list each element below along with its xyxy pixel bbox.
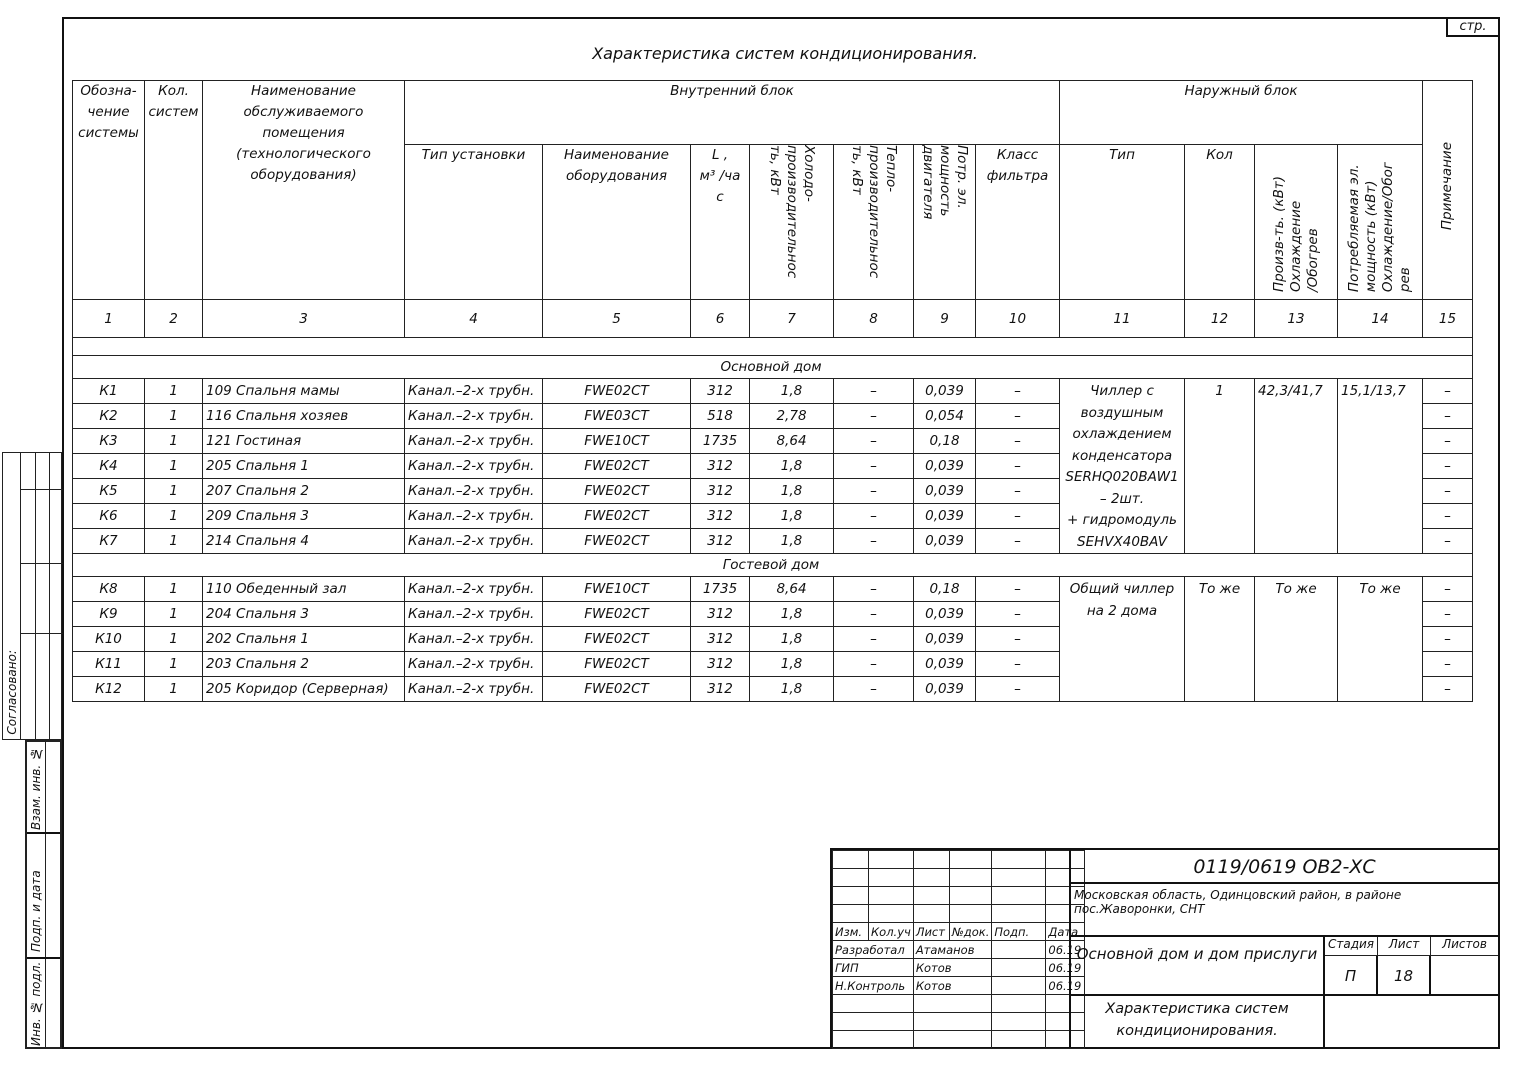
room-name: 116 Спальня хозяев (203, 404, 405, 429)
revision-cell (833, 887, 869, 905)
airflow: 518 (691, 404, 750, 429)
power: 0,039 (914, 504, 976, 529)
power: 0,039 (914, 652, 976, 677)
revision-cell (833, 869, 869, 887)
system-id: К8 (73, 577, 145, 602)
note: – (1423, 627, 1473, 652)
room-name: 209 Спальня 3 (203, 504, 405, 529)
document-stamp: Взам. инв. № Подп. и дата Инв. № подл. (25, 740, 62, 1049)
system-id: К11 (73, 652, 145, 677)
header-airflow: L , м³ /ча с (691, 145, 750, 300)
revision-cell (913, 887, 949, 905)
column-number: 6 (691, 300, 750, 338)
heating-capacity: – (834, 677, 914, 702)
ac-systems-table: Обозна- чение системы Кол. систем Наимен… (72, 80, 1473, 702)
equipment-model: FWE02CT (543, 379, 691, 404)
power: 0,039 (914, 379, 976, 404)
note: – (1423, 602, 1473, 627)
page-title: Характеристика систем кондиционирования. (440, 44, 1130, 63)
revision-cell (913, 1013, 992, 1031)
signer-role: ГИП (833, 959, 914, 977)
sheet-number: 18 (1378, 956, 1431, 996)
note: – (1423, 652, 1473, 677)
note: – (1423, 479, 1473, 504)
power: 0,18 (914, 429, 976, 454)
revision-cell (869, 887, 914, 905)
airflow: 312 (691, 627, 750, 652)
revision-cell (949, 887, 992, 905)
note: – (1423, 577, 1473, 602)
revision-cell (869, 851, 914, 869)
heating-capacity: – (834, 652, 914, 677)
system-id: К12 (73, 677, 145, 702)
sheets-count (1431, 956, 1498, 996)
equipment-model: FWE02CT (543, 454, 691, 479)
airflow: 312 (691, 379, 750, 404)
column-number: 7 (750, 300, 834, 338)
signature (992, 977, 1046, 995)
system-id: К3 (73, 429, 145, 454)
revision-col-header: Изм. (833, 923, 869, 941)
cooling-capacity: 2,78 (750, 404, 834, 429)
header-type: Тип (1060, 145, 1185, 300)
note: – (1423, 529, 1473, 554)
signer-row: РазработалАтаманов06.19 (833, 941, 1085, 959)
revision-cell (913, 995, 992, 1013)
outdoor-consumption: То же (1338, 577, 1423, 702)
equipment-model: FWE02CT (543, 602, 691, 627)
airflow: 312 (691, 677, 750, 702)
room-name: 205 Коридор (Серверная) (203, 677, 405, 702)
section-header-row: Гостевой дом (73, 554, 1473, 577)
signer-row: Н.КонтрольКотов06.19 (833, 977, 1085, 995)
filter-class: – (976, 529, 1060, 554)
equipment-model: FWE02CT (543, 652, 691, 677)
cooling-capacity: 8,64 (750, 577, 834, 602)
cooling-capacity: 1,8 (750, 652, 834, 677)
system-qty: 1 (145, 504, 203, 529)
install-type: Канал.–2-х трубн. (405, 429, 543, 454)
header-note: Примечание (1423, 81, 1473, 300)
revision-cell (992, 1013, 1046, 1031)
agreed-label: Согласовано: (5, 650, 19, 735)
install-type: Канал.–2-х трубн. (405, 479, 543, 504)
system-qty: 1 (145, 529, 203, 554)
signer-role: Разработал (833, 941, 914, 959)
heating-capacity: – (834, 577, 914, 602)
revision-cell (869, 869, 914, 887)
note: – (1423, 429, 1473, 454)
install-type: Канал.–2-х трубн. (405, 577, 543, 602)
system-id: К7 (73, 529, 145, 554)
revision-cell (913, 851, 949, 869)
sheets-label: Листов (1431, 937, 1498, 956)
airflow: 1735 (691, 577, 750, 602)
column-number: 10 (976, 300, 1060, 338)
install-type: Канал.–2-х трубн. (405, 379, 543, 404)
airflow: 312 (691, 504, 750, 529)
system-id: К1 (73, 379, 145, 404)
header-qty-systems: Кол. систем (145, 81, 203, 300)
outdoor-type: Чиллер с воздушным охлаждением конденсат… (1060, 379, 1185, 554)
signer-name: Котов (913, 977, 992, 995)
stage-label: Стадия (1325, 937, 1378, 956)
revision-cell (913, 1031, 992, 1049)
power: 0,039 (914, 627, 976, 652)
heating-capacity: – (834, 404, 914, 429)
header-indoor-group: Внутренний блок (405, 81, 1060, 145)
filter-class: – (976, 404, 1060, 429)
room-name: 204 Спальня 3 (203, 602, 405, 627)
cooling-capacity: 1,8 (750, 529, 834, 554)
doc-code: 0119/0619 ОВ2-ХС (1071, 850, 1498, 884)
agreed-stamp: Согласовано: (2, 452, 62, 740)
header-filter: Класс фильтра (976, 145, 1060, 300)
outdoor-qty: То же (1185, 577, 1255, 702)
outdoor-consumption: 15,1/13,7 (1338, 379, 1423, 554)
sheet-label: Лист (1378, 937, 1431, 956)
system-id: К10 (73, 627, 145, 652)
install-type: Канал.–2-х трубн. (405, 529, 543, 554)
stage-value: П (1325, 956, 1378, 996)
replace-inv-label: Взам. инв. № (29, 746, 43, 830)
equipment-model: FWE02CT (543, 627, 691, 652)
revision-cell (833, 995, 914, 1013)
column-number: 13 (1255, 300, 1338, 338)
room-name: 202 Спальня 1 (203, 627, 405, 652)
column-number: 5 (543, 300, 691, 338)
revision-cell (992, 851, 1046, 869)
outdoor-qty: 1 (1185, 379, 1255, 554)
column-number: 4 (405, 300, 543, 338)
heating-capacity: – (834, 627, 914, 652)
cooling-capacity: 1,8 (750, 602, 834, 627)
equipment-model: FWE10CT (543, 577, 691, 602)
header-install-type: Тип установки (405, 145, 543, 300)
revision-col-header: №док. (949, 923, 992, 941)
install-type: Канал.–2-х трубн. (405, 627, 543, 652)
revision-col-header: Лист (913, 923, 949, 941)
power: 0,054 (914, 404, 976, 429)
filter-class: – (976, 379, 1060, 404)
revision-grid: Изм.Кол.учЛист№док.Подп.ДатаРазработалАт… (832, 850, 1085, 1049)
column-number: 2 (145, 300, 203, 338)
system-qty: 1 (145, 404, 203, 429)
heating-capacity: – (834, 602, 914, 627)
room-name: 214 Спальня 4 (203, 529, 405, 554)
revision-cell (913, 905, 949, 923)
cooling-capacity: 1,8 (750, 379, 834, 404)
section-title: Основной дом (73, 356, 1473, 379)
header-qty: Кол (1185, 145, 1255, 300)
airflow: 312 (691, 529, 750, 554)
column-numbers-row: 123456789101112131415 (73, 300, 1473, 338)
header-room: Наименование обслуживаемого помещения (т… (203, 81, 405, 300)
header-cooling: Холодо- производительнос ть, кВт (750, 145, 834, 300)
heating-capacity: – (834, 429, 914, 454)
install-type: Канал.–2-х трубн. (405, 677, 543, 702)
header-consumption: Потребляемая эл. мощность (кВт) Охлажден… (1338, 145, 1423, 300)
install-type: Канал.–2-х трубн. (405, 652, 543, 677)
outdoor-capacity: 42,3/41,7 (1255, 379, 1338, 554)
room-name: 121 Гостиная (203, 429, 405, 454)
section-header-row: Основной дом (73, 356, 1473, 379)
system-qty: 1 (145, 652, 203, 677)
filter-class: – (976, 652, 1060, 677)
header-outdoor-group: Наружный блок (1060, 81, 1423, 145)
revision-cell (992, 887, 1046, 905)
airflow: 312 (691, 652, 750, 677)
note: – (1423, 379, 1473, 404)
signer-row: ГИПКотов06.19 (833, 959, 1085, 977)
system-id: К5 (73, 479, 145, 504)
airflow: 312 (691, 479, 750, 504)
page-label: стр. (1446, 17, 1500, 37)
system-qty: 1 (145, 454, 203, 479)
table-row: К81110 Обеденный залКанал.–2-х трубн.FWE… (73, 577, 1473, 602)
filter-class: – (976, 602, 1060, 627)
cooling-capacity: 1,8 (750, 454, 834, 479)
power: 0,039 (914, 602, 976, 627)
section-title: Гостевой дом (73, 554, 1473, 577)
system-id: К4 (73, 454, 145, 479)
filter-class: – (976, 429, 1060, 454)
power: 0,039 (914, 529, 976, 554)
header-power: Потр. эл. мощность двигателя (914, 145, 976, 300)
power: 0,18 (914, 577, 976, 602)
airflow: 1735 (691, 429, 750, 454)
signer-name: Атаманов (913, 941, 992, 959)
filter-class: – (976, 577, 1060, 602)
filter-class: – (976, 627, 1060, 652)
room-name: 110 Обеденный зал (203, 577, 405, 602)
equipment-model: FWE02CT (543, 529, 691, 554)
filter-class: – (976, 479, 1060, 504)
equipment-model: FWE02CT (543, 504, 691, 529)
cooling-capacity: 1,8 (750, 504, 834, 529)
sheet-title: Характеристика систем кондиционирования. (1071, 996, 1325, 1047)
column-number: 11 (1060, 300, 1185, 338)
system-id: К9 (73, 602, 145, 627)
signer-role: Н.Контроль (833, 977, 914, 995)
cooling-capacity: 8,64 (750, 429, 834, 454)
header-capacity: Произв-ть. (кВт) Охлаждение /Обогрев (1255, 145, 1338, 300)
header-designation: Обозна- чение системы (73, 81, 145, 300)
heating-capacity: – (834, 379, 914, 404)
system-qty: 1 (145, 379, 203, 404)
power: 0,039 (914, 479, 976, 504)
power: 0,039 (914, 677, 976, 702)
spacer-row (73, 338, 1473, 356)
object-name: Основной дом и дом прислуги (1071, 937, 1325, 996)
room-name: 203 Спальня 2 (203, 652, 405, 677)
equipment-model: FWE10CT (543, 429, 691, 454)
cooling-capacity: 1,8 (750, 479, 834, 504)
inv-orig-label: Инв. № подл. (29, 962, 43, 1046)
cooling-capacity: 1,8 (750, 677, 834, 702)
cooling-capacity: 1,8 (750, 627, 834, 652)
title-block: Изм.Кол.учЛист№док.Подп.ДатаРазработалАт… (830, 848, 1500, 1049)
revision-col-header: Подп. (992, 923, 1046, 941)
header-equipment: Наименование оборудования (543, 145, 691, 300)
revision-cell (992, 1031, 1046, 1049)
column-number: 3 (203, 300, 405, 338)
heating-capacity: – (834, 529, 914, 554)
system-id: К6 (73, 504, 145, 529)
revision-cell (833, 1031, 914, 1049)
revision-cell (949, 869, 992, 887)
revision-cell (992, 995, 1046, 1013)
revision-cell (833, 905, 869, 923)
revision-col-header: Кол.уч (869, 923, 914, 941)
sign-date-label: Подп. и дата (29, 842, 43, 952)
heating-capacity: – (834, 454, 914, 479)
column-number: 8 (834, 300, 914, 338)
signer-name: Котов (913, 959, 992, 977)
revision-cell (833, 851, 869, 869)
revision-cell (949, 851, 992, 869)
revision-cell (992, 869, 1046, 887)
signature (992, 959, 1046, 977)
header-heating: Тепло- производительнос ть, кВт (834, 145, 914, 300)
filter-class: – (976, 454, 1060, 479)
note: – (1423, 504, 1473, 529)
filter-class: – (976, 677, 1060, 702)
install-type: Канал.–2-х трубн. (405, 504, 543, 529)
note: – (1423, 454, 1473, 479)
equipment-model: FWE02CT (543, 479, 691, 504)
system-qty: 1 (145, 677, 203, 702)
heating-capacity: – (834, 479, 914, 504)
column-number: 1 (73, 300, 145, 338)
room-name: 205 Спальня 1 (203, 454, 405, 479)
power: 0,039 (914, 454, 976, 479)
revision-cell (833, 1013, 914, 1031)
column-number: 14 (1338, 300, 1423, 338)
column-number: 12 (1185, 300, 1255, 338)
equipment-model: FWE03CT (543, 404, 691, 429)
airflow: 312 (691, 454, 750, 479)
outdoor-capacity: То же (1255, 577, 1338, 702)
install-type: Канал.–2-х трубн. (405, 404, 543, 429)
system-qty: 1 (145, 627, 203, 652)
system-qty: 1 (145, 602, 203, 627)
column-number: 9 (914, 300, 976, 338)
column-number: 15 (1423, 300, 1473, 338)
revision-cell (869, 905, 914, 923)
note: – (1423, 677, 1473, 702)
table-row: К11109 Спальня мамыКанал.–2-х трубн.FWE0… (73, 379, 1473, 404)
equipment-model: FWE02CT (543, 677, 691, 702)
install-type: Канал.–2-х трубн. (405, 454, 543, 479)
heating-capacity: – (834, 504, 914, 529)
system-qty: 1 (145, 479, 203, 504)
note: – (1423, 404, 1473, 429)
system-qty: 1 (145, 577, 203, 602)
signature (992, 941, 1046, 959)
outdoor-type: Общий чиллер на 2 дома (1060, 577, 1185, 702)
install-type: Канал.–2-х трубн. (405, 602, 543, 627)
filter-class: – (976, 504, 1060, 529)
room-name: 207 Спальня 2 (203, 479, 405, 504)
revision-cell (949, 905, 992, 923)
system-id: К2 (73, 404, 145, 429)
revision-cell (913, 869, 949, 887)
system-qty: 1 (145, 429, 203, 454)
airflow: 312 (691, 602, 750, 627)
room-name: 109 Спальня мамы (203, 379, 405, 404)
address: Московская область, Одинцовский район, в… (1071, 884, 1498, 937)
revision-cell (992, 905, 1046, 923)
